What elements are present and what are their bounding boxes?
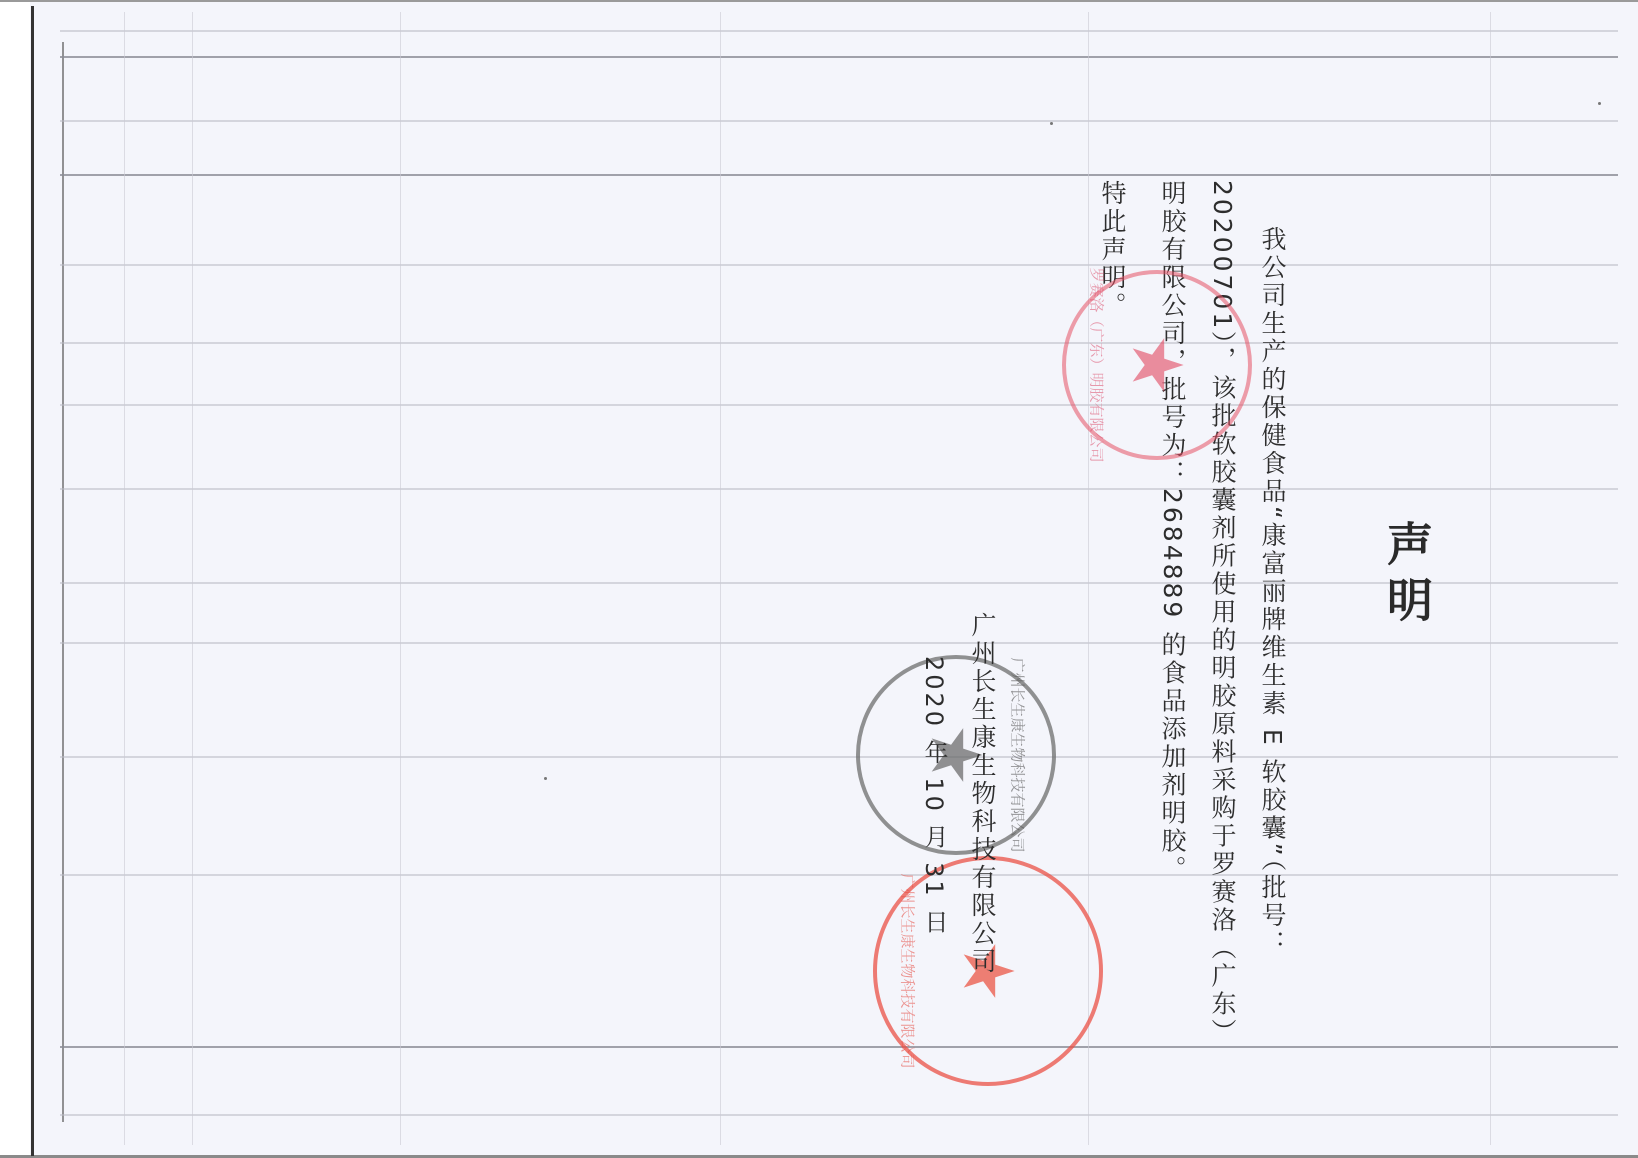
seal-text: 广州长生康生物科技有限公司 [1008,657,1029,852]
star-icon: ★ [1122,334,1192,397]
document-title: 声明 [1374,520,1440,632]
signature-company: 广州长生康生物科技有限公司 [970,612,995,976]
paragraph-line: 我公司生产的保健食品“康富丽牌维生素 E 软胶囊”（批号： [1260,226,1285,958]
signature-date: 2020 年 10 月 31 日 [922,656,946,936]
document-content: 声明 我公司生产的保健食品“康富丽牌维生素 E 软胶囊”（批号： 2020070… [0,0,1638,1158]
supplier-seal: ★ 罗赛洛（广东）明胶有限公司 [1062,270,1252,460]
company-seal: ★ 广州长生康生物科技有限公司 [856,655,1056,855]
seal-text: 罗赛洛（广东）明胶有限公司 [1087,267,1108,462]
seal-text: 广州长生康生物科技有限公司 [898,873,919,1068]
